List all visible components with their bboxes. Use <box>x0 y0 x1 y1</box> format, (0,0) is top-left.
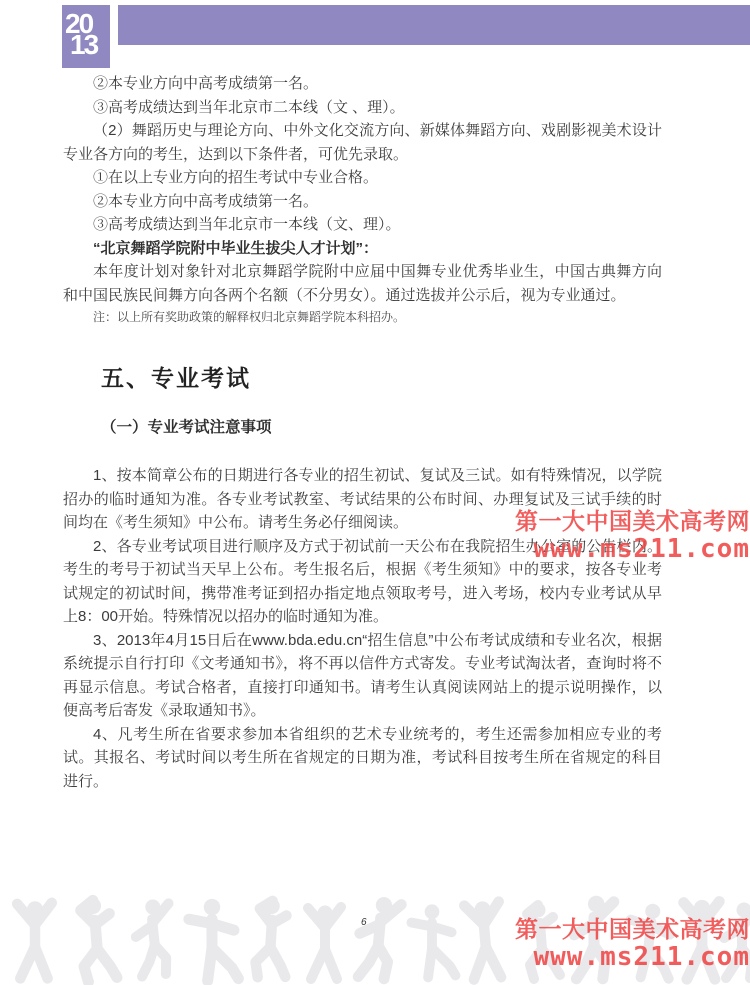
intro-line: ③高考成绩达到当年北京市二本线（文 、理）。 <box>63 96 662 120</box>
logo-line-2: 13 <box>70 34 110 55</box>
year-2013-logo: 20 13 <box>62 5 110 68</box>
talent-plan-title: “北京舞蹈学院附中毕业生拔尖人才计划”： <box>63 237 662 261</box>
intro-line: ②本专业方向中高考成绩第一名。 <box>63 72 662 96</box>
header-band <box>118 5 750 45</box>
paragraph: 2、各专业考试项目进行顺序及方式于初试前一天公布在我院招生办公室的公告栏内。考生… <box>63 535 662 629</box>
policy-note: 注：以上所有奖助政策的解释权归北京舞蹈学院本科招办。 <box>63 307 662 327</box>
section-subheading: （一）专业考试注意事项 <box>101 418 662 438</box>
intro-line: 本年度计划对象针对北京舞蹈学院附中应届中国舞专业优秀毕业生，中国古典舞方向和中国… <box>63 260 662 307</box>
dancer-silhouettes-strip <box>0 877 750 985</box>
intro-line: ③高考成绩达到当年北京市一本线（文、理）。 <box>63 213 662 237</box>
paragraph: 1、按本简章公布的日期进行各专业的招生初试、复试及三试。如有特殊情况，以学院招办… <box>63 464 662 535</box>
intro-line: （2）舞蹈历史与理论方向、中外文化交流方向、新媒体舞蹈方向、戏剧影视美术设计专业… <box>63 119 662 166</box>
intro-line: ①在以上专业方向的招生考试中专业合格。 <box>63 166 662 190</box>
page-number: 6 <box>361 917 367 929</box>
document-content: ②本专业方向中高考成绩第一名。 ③高考成绩达到当年北京市二本线（文 、理）。 （… <box>63 72 662 793</box>
paragraph: 3、2013年4月15日后在www.bda.edu.cn“招生信息”中公布考试成… <box>63 629 662 723</box>
section-heading: 五、专业考试 <box>101 363 662 393</box>
document-page: 20 13 ②本专业方向中高考成绩第一名。 ③高考成绩达到当年北京市二本线（文 … <box>0 0 750 985</box>
paragraph: 4、凡考生所在省要求参加本省组织的艺术专业统考的，考生还需参加相应专业的考试。其… <box>63 723 662 794</box>
intro-line: ②本专业方向中高考成绩第一名。 <box>63 190 662 214</box>
